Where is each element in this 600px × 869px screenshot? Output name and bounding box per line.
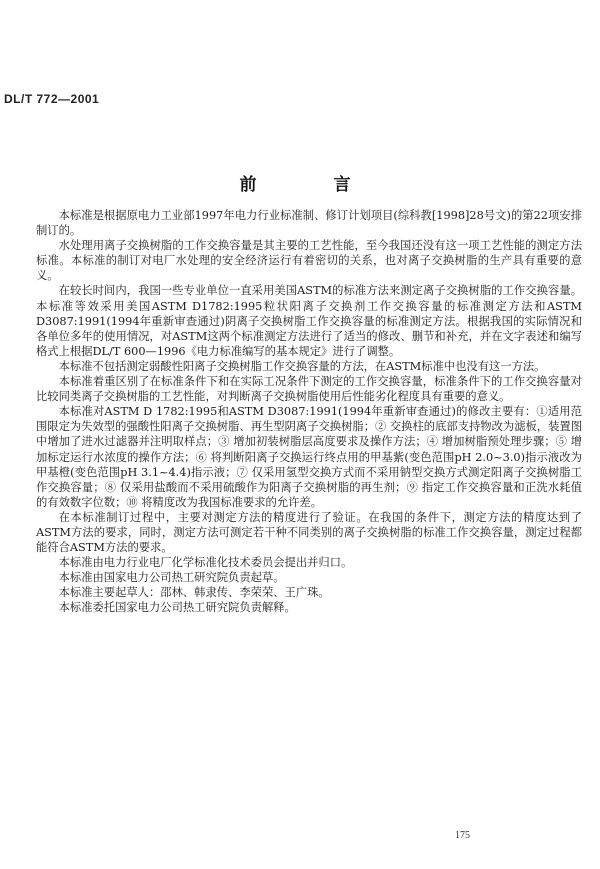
paragraph-significance: 水处理用离子交换树脂的工作交换容量是其主要的工艺性能，至今我国还没有这一项工艺性…: [36, 238, 582, 283]
paragraph-scope-exclusion: 本标准不包括测定弱酸性阳离子交换树脂工作交换容量的方法，在ASTM标准中也没有这…: [36, 359, 582, 374]
paragraph-verification: 在本标准制订过程中，主要对测定方法的精度进行了验证。在我国的条件下，测定方法的精…: [36, 510, 582, 555]
paragraph-drafting-unit: 本标准由国家电力公司热工研究院负责起草。: [36, 570, 582, 585]
foreword-body: 本标准是根据原电力工业部1997年电力行业标准制、修订计划项目(综科教[1998…: [36, 208, 582, 616]
paragraph-modifications: 本标准对ASTM D 1782:1995和ASTM D3087:1991(199…: [36, 404, 582, 510]
page-number: 175: [455, 830, 470, 841]
page-title: 前 言: [0, 170, 600, 195]
paragraph-interpretation: 本标准委托国家电力公司热工研究院负责解释。: [36, 600, 582, 615]
paragraph-astm-adoption: 在较长时间内，我国一些专业单位一直采用美国ASTM的标准方法来测定离子交换树脂的…: [36, 283, 582, 358]
paragraph-conditions: 本标准着重区别了在标准条件下和在实际工况条件下测定的工作交换容量，标准条件下的工…: [36, 374, 582, 404]
paragraph-basis: 本标准是根据原电力工业部1997年电力行业标准制、修订计划项目(综科教[1998…: [36, 208, 582, 238]
document-code: DL/T 772—2001: [4, 92, 99, 106]
paragraph-drafters: 本标准主要起草人：邵林、韩隶传、李荣荣、王广珠。: [36, 585, 582, 600]
paragraph-proposer: 本标准由电力行业电厂化学标准化技术委员会提出并归口。: [36, 555, 582, 570]
